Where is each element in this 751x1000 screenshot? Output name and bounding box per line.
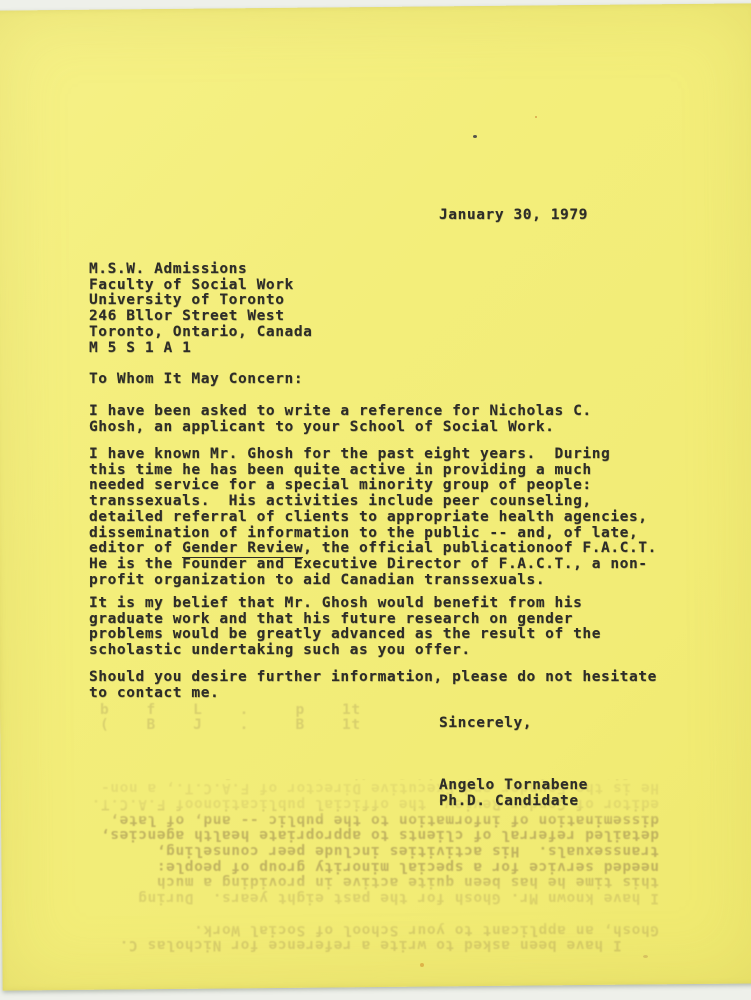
ink-speck xyxy=(473,135,477,138)
date-line: January 30, 1979 xyxy=(439,208,588,224)
ghost-specks-row: ( B J . B 1t xyxy=(100,718,361,734)
recipient-address: M.S.W. Admissions Faculty of Social Work… xyxy=(89,262,312,356)
paragraph-2: I have known Mr. Ghosh for the past eigh… xyxy=(89,447,657,588)
closing: Sincerely, xyxy=(439,716,532,732)
paragraph-3: It is my belief that Mr. Ghosh would ben… xyxy=(89,596,601,659)
paragraph-4: Should you desire further information, p… xyxy=(89,670,657,701)
paper-speck xyxy=(420,963,424,967)
paper-speck xyxy=(643,955,648,958)
ghost-para1: I have been asked to write a reference f… xyxy=(119,922,659,954)
salutation: To Whom It May Concern: xyxy=(89,372,303,388)
signature-block: Angelo Tornabene Ph.D. Candidate xyxy=(439,778,588,809)
paragraph-1: I have been asked to write a reference f… xyxy=(89,404,592,435)
paper-speck xyxy=(535,116,537,118)
scanned-letter: I have been asked to write a reference f… xyxy=(0,0,751,1000)
ghost-para2-before: I have known Mr. Ghosh for the past eigh… xyxy=(100,796,659,906)
signature-name: Angelo Tornabene xyxy=(439,777,588,793)
signature-title: Ph.D. Candidate xyxy=(439,793,579,809)
